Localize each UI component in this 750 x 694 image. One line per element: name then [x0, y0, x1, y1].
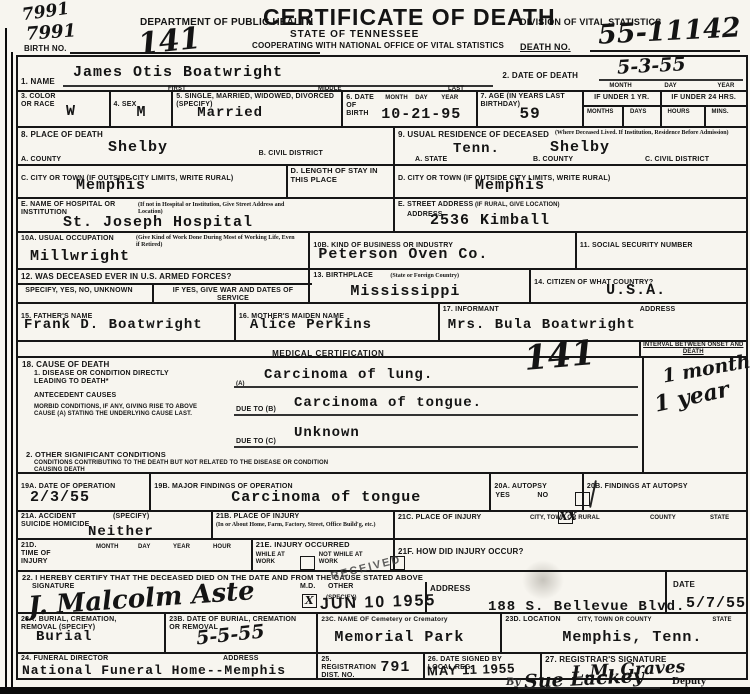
ssn-label: 11. SOCIAL SECURITY NUMBER	[580, 242, 693, 249]
accident-label: 21A. ACCIDENT SUICIDE HOMICIDE	[21, 513, 91, 529]
burial-location-label: 23D. LOCATION	[505, 616, 560, 624]
marital-field: 5. SINGLE, MARRIED, WIDOWED, DIVORCED (S…	[173, 92, 343, 126]
dod-month-label: MONTH	[609, 83, 632, 90]
residence-county-value: Shelby	[550, 140, 610, 155]
due-b-value: Carcinoma of tongue.	[294, 396, 482, 410]
occupation-value: Millwright	[30, 249, 130, 264]
length-of-stay-label: D. LENGTH OF STAY IN THIS PLACE	[291, 167, 390, 184]
autopsy-label: 20A. AUTOPSY	[494, 483, 547, 490]
dob-day-label: DAY	[415, 95, 427, 102]
autopsy-yes-label: YES	[495, 492, 510, 500]
operation-findings-field: 19B. MAJOR FINDINGS OF OPERATION Carcino…	[151, 474, 491, 510]
mother-value: Alice Perkins	[250, 318, 372, 332]
time-year-col: YEAR	[173, 544, 190, 551]
burial-location-field: 23D. LOCATION CITY, TOWN OR COUNTY STATE…	[502, 614, 746, 652]
age-value: 59	[520, 106, 541, 122]
place-c-county-col: COUNTY	[650, 515, 676, 522]
row-city: C. CITY OR TOWN (IF OUTSIDE CITY LIMITS,…	[18, 166, 746, 199]
scan-edge-line	[5, 28, 7, 694]
business-field: 10B. KIND OF BUSINESS OR INDUSTRY Peters…	[310, 233, 577, 268]
armed-forces-war-label: IF YES, GIVE WAR AND DATES OF SERVICE	[168, 287, 298, 303]
while-at-work-checkbox	[300, 556, 315, 570]
under-24hr-label: IF UNDER 24 HRS.	[662, 92, 747, 102]
place-of-death-label: 8. PLACE OF DEATH	[21, 130, 103, 139]
other-conditions-note: CONDITIONS CONTRIBUTING TO THE DEATH BUT…	[34, 460, 354, 473]
row-operation-autopsy: 19A. DATE OF OPERATION 2/3/55 19B. MAJOR…	[18, 474, 746, 512]
cemetery-value: Memorial Park	[334, 630, 464, 645]
residence-note: (Where Deceased Lived. If Institution, R…	[555, 130, 740, 137]
date-of-death-value: 5-3-55	[617, 53, 687, 79]
race-field: 3. COLOR OR RACE W	[18, 92, 111, 126]
filing-date-stamp: JUN 10 1955	[320, 592, 437, 614]
row-hospital-street: E. NAME OF HOSPITAL OR INSTITUTION (If n…	[18, 199, 746, 233]
morbid-label: MORBID CONDITIONS, IF ANY, GIVING RISE T…	[34, 404, 199, 417]
registration-dist-value: 791	[380, 660, 410, 675]
row-injury-type: 21A. ACCIDENT SUICIDE HOMICIDE (SPECIFY)…	[18, 512, 746, 540]
row-demographics: 3. COLOR OR RACE W 4. SEX M 5. SINGLE, M…	[18, 92, 746, 128]
occupation-note: (Give Kind of Work Done During Most of W…	[136, 235, 296, 249]
street-note: (IF RURAL, GIVE LOCATION)	[475, 202, 560, 209]
birth-no-label: BIRTH NO.	[24, 44, 67, 53]
autopsy-findings-label: 20B. FINDINGS AT AUTOPSY	[587, 483, 688, 490]
birthplace-field: 13. BIRTHPLACE (State or Foreign Country…	[310, 270, 531, 302]
certificate-form: 1. NAME James Otis Boatwright FIRST MIDD…	[16, 55, 748, 680]
date-of-death-field: 2. DATE OF DEATH 5-3-55 MONTH DAY YEAR	[499, 57, 746, 90]
operation-findings-value: Carcinoma of tongue	[231, 490, 421, 505]
deputy-strip: By Sue Lackey Deputy	[0, 674, 750, 688]
certify-date-value: 5/7/55	[686, 596, 746, 611]
residence-state-value: Tenn.	[453, 142, 500, 156]
time-day-col: DAY	[138, 544, 150, 551]
accident-value: Neither	[88, 525, 154, 539]
citizen-value: U.S.A.	[606, 283, 666, 298]
md-label: M.D.	[300, 583, 316, 591]
cemetery-field: 23C. NAME OF Cemetery or Crematory Memor…	[318, 614, 502, 652]
hospital-field: E. NAME OF HOSPITAL OR INSTITUTION (If n…	[18, 199, 395, 231]
armed-forces-label: 12. WAS DECEASED EVER IN U.S. ARMED FORC…	[18, 270, 308, 283]
occupation-field: 10A. USUAL OCCUPATION (Give Kind of Work…	[18, 233, 310, 268]
disease-label: 1. DISEASE OR CONDITION DIRECTLY LEADING…	[34, 370, 199, 386]
funeral-director-label: 24. FUNERAL DIRECTOR	[21, 655, 108, 663]
hospital-value: St. Joseph Hospital	[63, 215, 253, 230]
burial-date-field: 23B. DATE OF BURIAL, CREMATION OR REMOVA…	[166, 614, 318, 652]
row-place-residence: 8. PLACE OF DEATH Shelby A. COUNTY B. CI…	[18, 128, 746, 166]
certify-address-value: 188 S. Bellevue Blvd.	[488, 600, 685, 614]
death-no-value: 55-11142	[597, 12, 741, 50]
due-b-label: DUE TO (B)	[236, 406, 276, 414]
place-c-city-col: CITY, TOWN OR RURAL	[530, 515, 600, 522]
date-of-death-label: 2. DATE OF DEATH	[502, 71, 578, 80]
informant-address-label: ADDRESS	[640, 306, 676, 314]
row-burial: 23A. BURIAL, CREMATION, REMOVAL (SPECIFY…	[18, 614, 746, 654]
pod-civil-label: B. CIVIL DISTRICT	[253, 150, 323, 158]
row-occupation: 10A. USUAL OCCUPATION (Give Kind of Work…	[18, 233, 746, 270]
birth-date-value: 10-21-95	[381, 107, 461, 122]
how-injury-label: 21F. HOW DID INJURY OCCUR?	[398, 547, 524, 556]
residence-label: 9. USUAL RESIDENCE OF DECEASED	[398, 130, 549, 139]
dod-day-label: DAY	[664, 83, 676, 90]
residence-state-label: A. STATE	[415, 156, 447, 164]
md-checkbox: X	[302, 594, 317, 608]
birthplace-label: 13. BIRTHPLACE	[313, 272, 373, 280]
time-month-col: MONTH	[96, 544, 119, 551]
place-c-state-col: STATE	[710, 515, 729, 522]
line-a-value: Carcinoma of lung.	[264, 368, 433, 382]
pod-county-value: Shelby	[108, 140, 168, 155]
while-at-work-label: WHILE AT WORK	[256, 552, 294, 565]
certification-field: 22. I HEREBY CERTIFY THAT THE DECEASED D…	[18, 572, 746, 612]
under-1yr-days-label: DAYS	[630, 109, 647, 116]
medical-title: MEDICAL CERTIFICATION	[272, 349, 384, 358]
death-no-line	[590, 50, 740, 52]
under-1yr-months-label: MONTHS	[587, 109, 614, 116]
armed-forces-field: 12. WAS DECEASED EVER IN U.S. ARMED FORC…	[18, 270, 310, 302]
antecedent-label: ANTECEDENT CAUSES	[34, 392, 116, 400]
occupation-label: 10A. USUAL OCCUPATION	[21, 235, 114, 243]
name-label: 1. NAME	[21, 77, 55, 86]
due-c-value: Unknown	[294, 426, 360, 440]
under-24hr-mins-label: MINS.	[712, 109, 729, 116]
cause-label: 18. CAUSE OF DEATH	[22, 360, 109, 369]
time-of-injury-field: 21D. TIME OF INJURY MONTH DAY YEAR HOUR	[18, 540, 253, 570]
race-label: 3. COLOR OR RACE	[21, 93, 66, 109]
informant-label: 17. INFORMANT	[443, 306, 499, 314]
deputy-label: Deputy	[672, 675, 706, 687]
place-of-injury-c-field: 21C. PLACE OF INJURY CITY, TOWN OR RURAL…	[395, 512, 746, 538]
burial-type-value: Burial	[36, 630, 92, 644]
autopsy-field: 20A. AUTOPSY YES NO XX	[491, 474, 584, 510]
business-value: Peterson Oven Co.	[318, 247, 488, 262]
place-b-note: (In or About Home, Farm, Factory, Street…	[216, 522, 386, 529]
place-b-label: 21B. PLACE OF INJURY	[216, 513, 299, 521]
occurred-label: 21E. INJURY OCCURRED	[256, 541, 350, 550]
certify-date-label: DATE	[673, 580, 695, 589]
cause-of-death-field: 18. CAUSE OF DEATH 1. DISEASE OR CONDITI…	[18, 358, 746, 472]
residence-city-field: D. CITY OR TOWN (IF OUTSIDE CITY LIMITS,…	[395, 166, 746, 197]
under-1yr-label: IF UNDER 1 YR.	[584, 92, 660, 102]
sex-label: 4. SEX	[114, 101, 137, 108]
funeral-director-address-label: ADDRESS	[223, 655, 259, 663]
residence-civil-label: C. CIVIL DISTRICT	[645, 156, 709, 164]
residence-city-value: Memphis	[475, 178, 545, 193]
other-conditions-label: 2. OTHER SIGNIFICANT CONDITIONS	[26, 451, 166, 460]
pod-county-label: A. COUNTY	[21, 156, 61, 164]
row-certification: 22. I HEREBY CERTIFY THAT THE DECEASED D…	[18, 572, 746, 614]
citizen-field: 14. CITIZEN OF WHAT COUNTRY? U.S.A.	[531, 270, 746, 302]
header: 7991 7991 BIRTH NO. DEPARTMENT OF PUBLIC…	[0, 0, 750, 55]
pod-city-field: C. CITY OR TOWN (IF OUTSIDE CITY LIMITS,…	[18, 166, 288, 197]
informant-value: Mrs. Bula Boatwright	[448, 318, 636, 332]
line-a-file-number: 141	[522, 333, 596, 379]
operation-date-field: 19A. DATE OF OPERATION 2/3/55	[18, 474, 151, 510]
burial-type-field: 23A. BURIAL, CREMATION, REMOVAL (SPECIFY…	[18, 614, 166, 652]
residence-field: 9. USUAL RESIDENCE OF DECEASED (Where De…	[395, 128, 746, 164]
certificate-title: CERTIFICATE OF DEATH	[263, 6, 556, 29]
ssn-field: 11. SOCIAL SECURITY NUMBER	[577, 233, 746, 268]
burial-state-col: STATE	[712, 617, 731, 624]
birth-date-label: 6. DATE OF BIRTH	[346, 94, 378, 118]
due-c-label: DUE TO (C)	[236, 438, 276, 446]
death-no-label: DEATH NO.	[520, 42, 571, 52]
operation-date-value: 2/3/55	[30, 490, 90, 505]
birthplace-note: (State or Foreign Country)	[390, 273, 459, 280]
residence-county-label: B. COUNTY	[533, 156, 573, 164]
time-label: 21D. TIME OF INJURY	[21, 542, 56, 566]
how-injury-field: 21F. HOW DID INJURY OCCUR?	[395, 540, 746, 570]
name-value: James Otis Boatwright	[73, 65, 283, 80]
father-value: Frank D. Boatwright	[24, 318, 203, 332]
handwritten-reg-number-2: 7991	[25, 20, 76, 44]
dod-year-label: YEAR	[717, 83, 734, 90]
age-field: 7. AGE (IN YEARS LAST BIRTHDAY) 59	[478, 92, 584, 126]
name-field: 1. NAME James Otis Boatwright FIRST MIDD…	[18, 57, 499, 90]
dob-year-label: YEAR	[441, 95, 458, 102]
other-label: OTHER	[328, 583, 354, 591]
md-mark: X	[305, 594, 314, 607]
time-hour-col: HOUR	[213, 544, 231, 551]
place-of-death-field: 8. PLACE OF DEATH Shelby A. COUNTY B. CI…	[18, 128, 395, 164]
row-name: 1. NAME James Otis Boatwright FIRST MIDD…	[18, 57, 746, 92]
under-24hr-field: IF UNDER 24 HRS. HOURS MINS.	[662, 92, 747, 126]
burial-location-value: Memphis, Tenn.	[562, 630, 702, 645]
race-value: W	[66, 104, 76, 119]
birth-date-field: 6. DATE OF BIRTH MONTH DAY YEAR 10-21-95	[343, 92, 477, 126]
street-label: E. STREET ADDRESS	[398, 201, 474, 209]
birthplace-value: Mississippi	[350, 284, 460, 299]
marital-value: Married	[197, 106, 263, 120]
father-field: 15. FATHER'S NAME Frank D. Boatwright	[18, 304, 236, 340]
under-24hr-hours-label: HOURS	[668, 109, 690, 116]
accident-field: 21A. ACCIDENT SUICIDE HOMICIDE (SPECIFY)…	[18, 512, 213, 538]
sex-value: M	[137, 105, 147, 120]
row-forces-birthplace: 12. WAS DECEASED EVER IN U.S. ARMED FORC…	[18, 270, 746, 304]
row-parents-informant: 15. FATHER'S NAME Frank D. Boatwright 16…	[18, 304, 746, 342]
cemetery-label: 23C. NAME OF Cemetery or Crematory	[321, 616, 447, 623]
street-field: E. STREET ADDRESS (IF RURAL, GIVE LOCATI…	[395, 199, 746, 231]
certify-address-label: ADDRESS	[430, 584, 471, 593]
street-value: 2536 Kimball	[430, 213, 550, 228]
length-of-stay-field: D. LENGTH OF STAY IN THIS PLACE	[288, 166, 395, 197]
armed-forces-specify-label: SPECIFY, YES, NO, UNKNOWN	[24, 287, 134, 295]
dob-month-label: MONTH	[385, 95, 408, 102]
state-label: STATE OF TENNESSEE	[290, 29, 419, 41]
autopsy-no-label: NO	[537, 492, 548, 500]
pod-city-value: Memphis	[76, 178, 146, 193]
row-medical-banner: MEDICAL CERTIFICATION INTERVAL BETWEEN O…	[18, 342, 746, 358]
autopsy-findings-field: 20B. FINDINGS AT AUTOPSY	[584, 474, 746, 510]
under-1yr-field: IF UNDER 1 YR. MONTHS DAYS	[584, 92, 662, 126]
place-c-label: 21C. PLACE OF INJURY	[398, 514, 481, 522]
sex-field: 4. SEX M	[111, 92, 174, 126]
row-cause-of-death: 18. CAUSE OF DEATH 1. DISEASE OR CONDITI…	[18, 358, 746, 474]
mother-field: 16. MOTHER'S MAIDEN NAME Alice Perkins	[236, 304, 440, 340]
death-certificate-page: 7991 7991 BIRTH NO. DEPARTMENT OF PUBLIC…	[0, 0, 750, 694]
place-of-injury-b-field: 21B. PLACE OF INJURY (In or About Home, …	[213, 512, 395, 538]
burial-city-col: CITY, TOWN OR COUNTY	[577, 617, 651, 624]
accident-specify-label: (SPECIFY)	[113, 513, 149, 521]
cooperating-label: COOPERATING WITH NATIONAL OFFICE OF VITA…	[252, 41, 504, 50]
scan-edge-line-2	[11, 52, 13, 694]
